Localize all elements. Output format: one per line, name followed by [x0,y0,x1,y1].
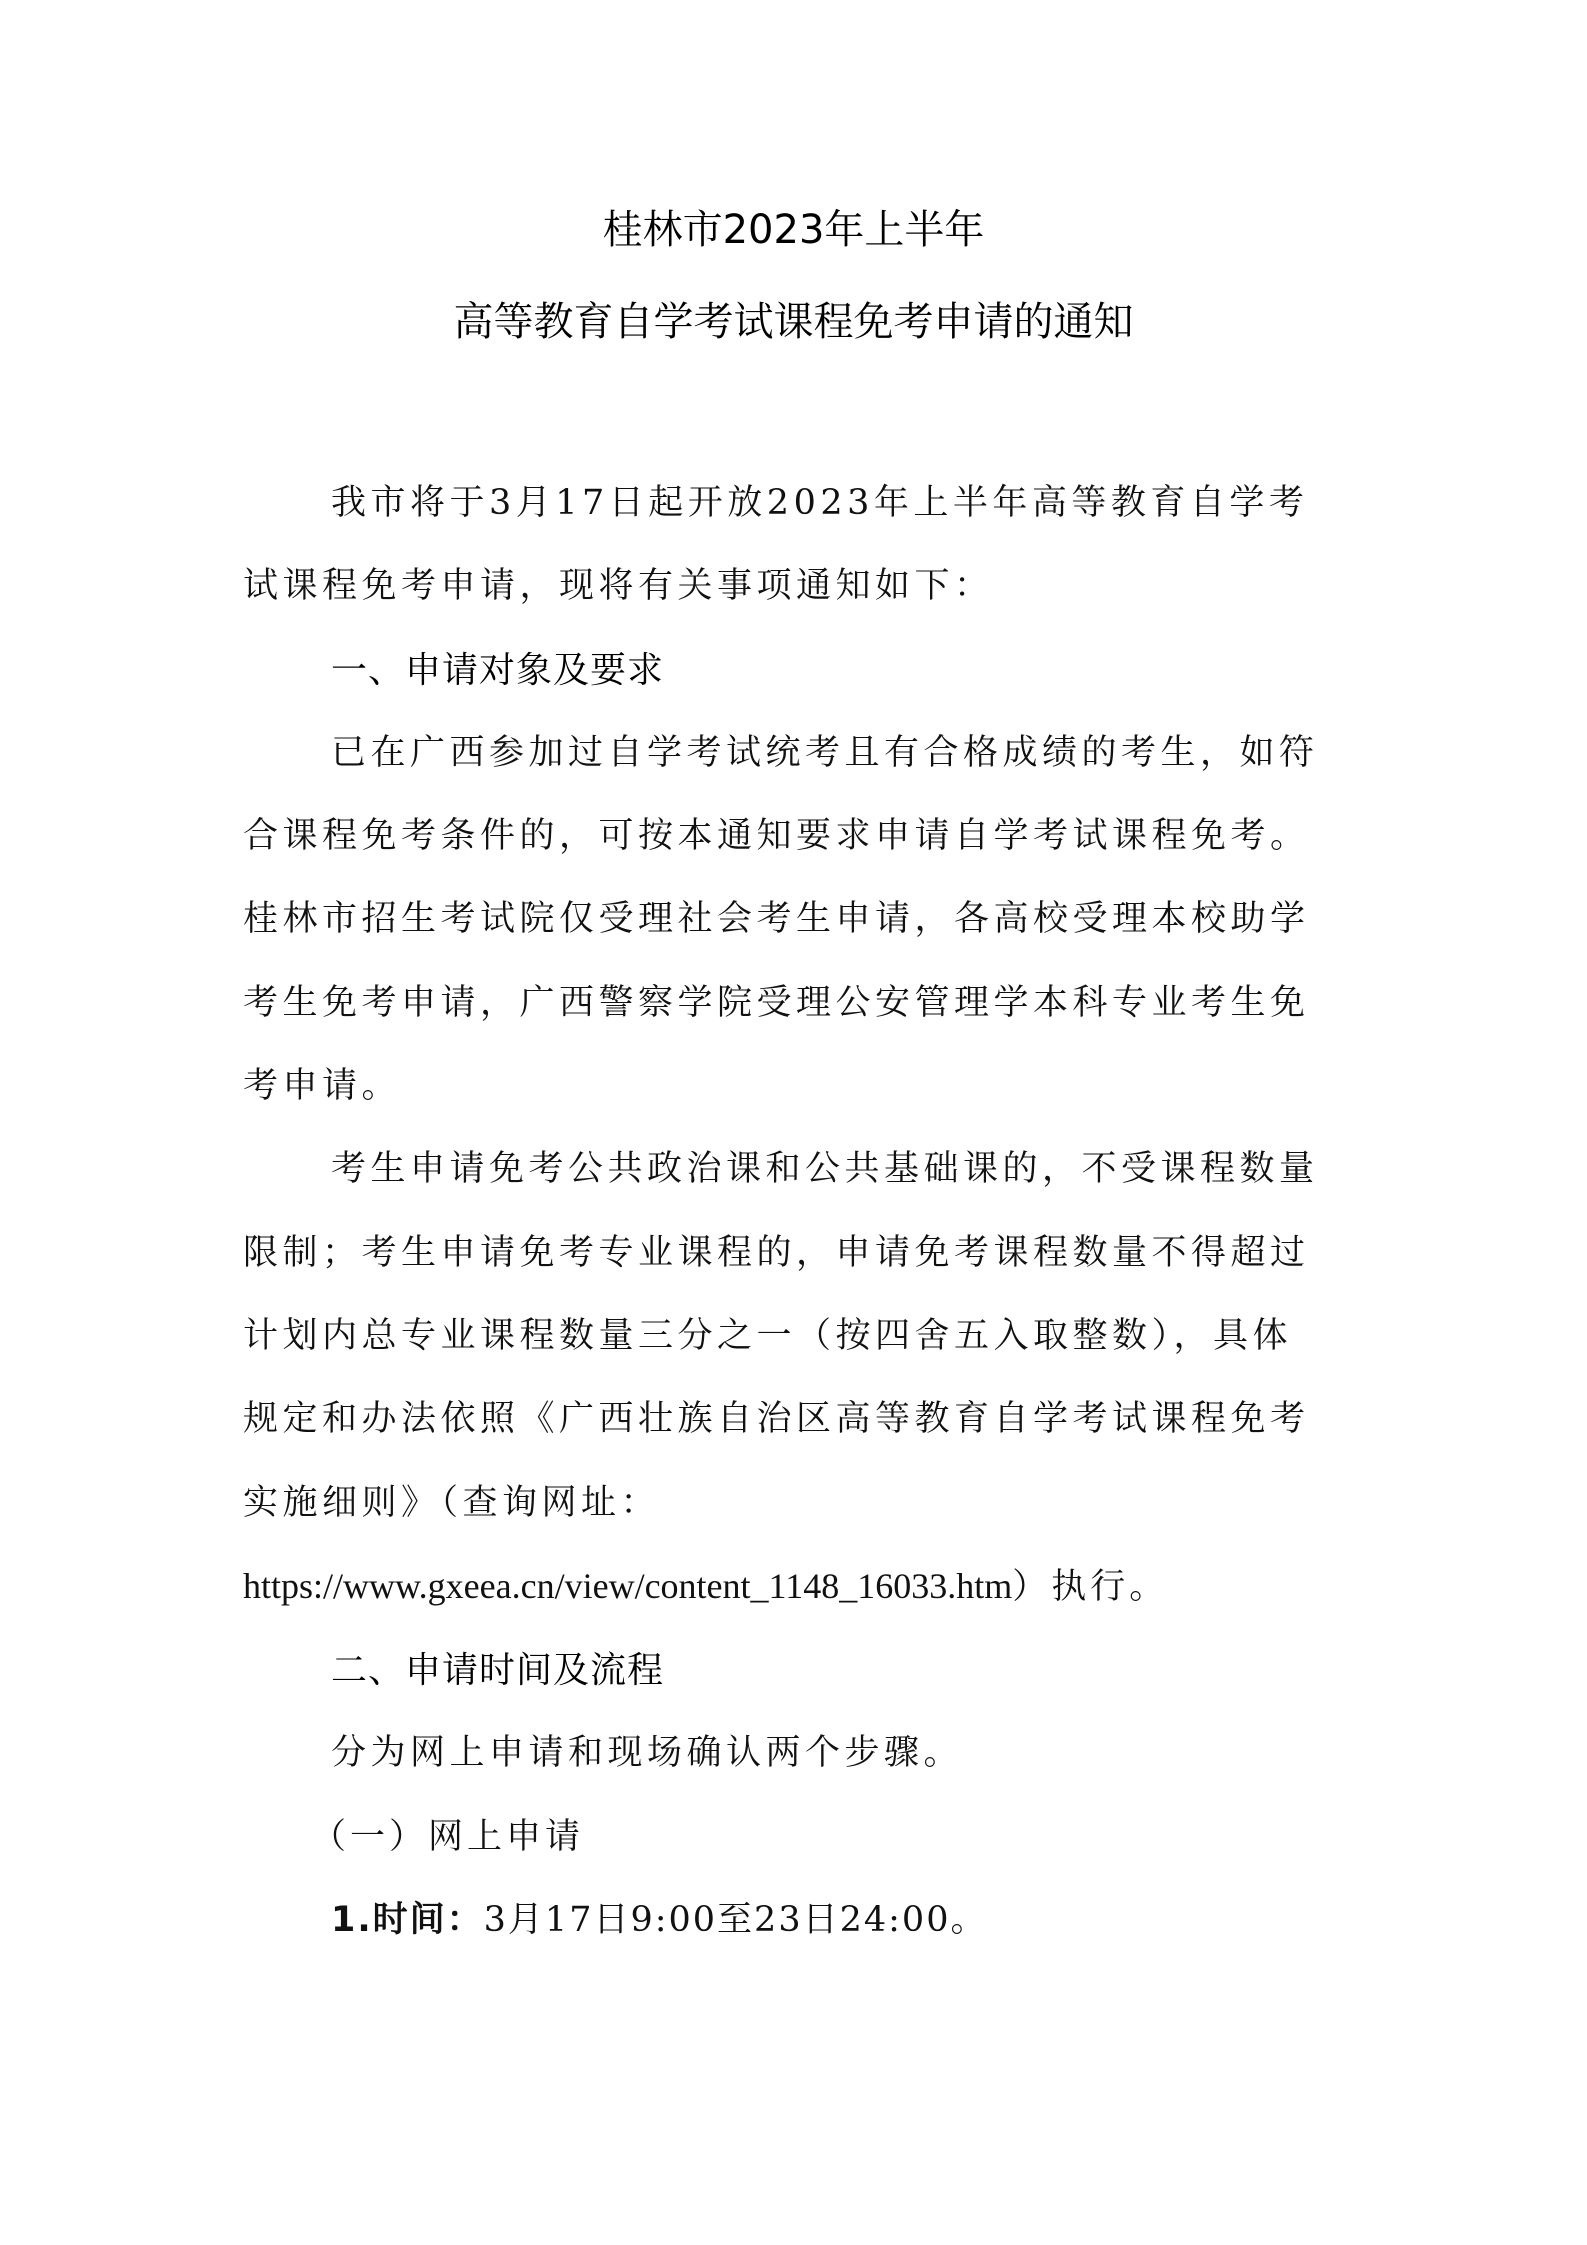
online-application-time-item: 1.时间：3月17日9:00至23日24:00。 [243,1879,1355,1962]
s1p1-line-1: 已在广西参加过自学考试统考且有合格成绩的考生，如符 [243,712,1355,795]
document-page: 桂林市2023年上半年 高等教育自学考试课程免考申请的通知 我市将于3月17日起… [0,0,1587,2245]
section-1-heading: 一、申请对象及要求 [243,629,1355,712]
intro-line-2: 试课程免考申请，现将有关事项通知如下： [243,545,1355,628]
s1p2-line-3: 计划内总专业课程数量三分之一（按四舍五入取整数），具体 [243,1295,1355,1378]
section-2-heading: 二、申请时间及流程 [243,1629,1355,1712]
s1p1-line-3: 桂林市招生考试院仅受理社会考生申请，各高校受理本校助学 [243,878,1355,961]
subsection-online-application-heading: （一）网上申请 [243,1796,1355,1879]
url-suffix: ）执行。 [1012,1567,1168,1607]
s1p2-line-4: 规定和办法依照《广西壮族自治区高等教育自学考试课程免考 [243,1378,1355,1461]
s1p2-line-5: 实施细则》（查询网址： [243,1462,1355,1545]
document-title-line-1: 桂林市2023年上半年 [0,206,1587,254]
document-title-line-2: 高等教育自学考试课程免考申请的通知 [0,298,1587,346]
intro-line-1: 我市将于3月17日起开放2023年上半年高等教育自学考 [243,462,1355,545]
section-2-paragraph-1: 分为网上申请和现场确认两个步骤。 [243,1712,1355,1795]
s1p2-line-1: 考生申请免考公共政治课和公共基础课的，不受课程数量 [243,1128,1355,1211]
s1p1-line-5: 考申请。 [243,1045,1355,1128]
section-1-paragraph-2: 考生申请免考公共政治课和公共基础课的，不受课程数量 限制；考生申请免考专业课程的… [243,1128,1355,1629]
time-label: 1.时间： [331,1900,484,1940]
section-1-paragraph-1: 已在广西参加过自学考试统考且有合格成绩的考生，如符 合课程免考条件的，可按本通知… [243,712,1355,1128]
s1p1-line-2: 合课程免考条件的，可按本通知要求申请自学考试课程免考。 [243,795,1355,878]
s1p2-url-line: https://www.gxeea.cn/view/content_1148_1… [243,1545,1355,1629]
document-body: 我市将于3月17日起开放2023年上半年高等教育自学考 试课程免考申请，现将有关… [243,462,1355,1962]
s1p1-line-4: 考生免考申请，广西警察学院受理公安管理学本科专业考生免 [243,962,1355,1045]
time-value: 3月17日9:00至23日24:00。 [484,1900,988,1940]
s1p2-line-2: 限制；考生申请免考专业课程的，申请免考课程数量不得超过 [243,1212,1355,1295]
intro-paragraph: 我市将于3月17日起开放2023年上半年高等教育自学考 试课程免考申请，现将有关… [243,462,1355,629]
regulation-url-link[interactable]: https://www.gxeea.cn/view/content_1148_1… [243,1566,1012,1606]
